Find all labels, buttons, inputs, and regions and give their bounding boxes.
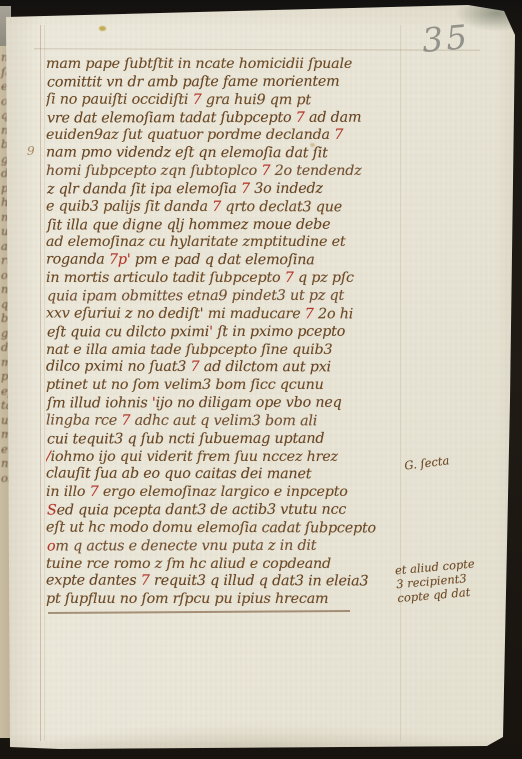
manuscript-text-line: homi ſubpcepto zqn ſubtoplco 7 2o tenden… xyxy=(46,163,406,181)
ink-text: in mortis articulo tadit ſubpcepto xyxy=(46,270,285,286)
ink-text: ad dam xyxy=(305,109,362,125)
rubric-mark: 7p' xyxy=(109,252,131,268)
manuscript-text-line: /iohmo ijo qui viderit frem ſuu nccez hr… xyxy=(46,449,406,467)
text-block: mam pape ſubtſtit in ncate homicidii ſpu… xyxy=(46,56,406,616)
ink-text: roganda xyxy=(46,252,109,268)
ruling-line-left xyxy=(40,25,41,741)
manuscript-text-line: euiden9az ſut quatuor pordme declanda 7 xyxy=(46,127,406,145)
manuscript-text-line: e quib3 palijs ſit danda 7 qrto declat3 … xyxy=(46,198,406,217)
ink-text: quia ipam obmittes etna9 pindet3 ut pz q… xyxy=(47,288,344,305)
manuscript-text-line: eſt quia cu dilcto pximi' ſt in pximo pc… xyxy=(47,323,406,342)
ink-text: tuine rce romo z ſm hc aliud e copdeand xyxy=(46,556,331,572)
manuscript-text-line: roganda 7p' pm e pad q dat elemoſina xyxy=(46,252,406,271)
manuscript-text-line: cui tequit3 q ſub ncti ſubuemag uptand xyxy=(47,430,406,449)
manuscript-text-line: ptinet ut no ſom velim3 bom ſicc qcunu xyxy=(46,377,406,395)
ink-text: homi ſubpcepto zqn ſubtoplco xyxy=(46,163,261,179)
ink-text: ad dilctom aut pxi xyxy=(199,359,331,375)
ink-text: 3o indedz xyxy=(250,181,323,197)
ink-text: pt ſupfluu no ſom rſpcu pu ipius hrecam xyxy=(46,591,328,607)
manuscript-text-line: vre dat elemoſiam tadat ſubpcepto 7 ad d… xyxy=(47,109,406,128)
ink-text: requit3 q illud q dat3 in eleia3 xyxy=(150,573,369,590)
rubric-mark: 7 xyxy=(241,181,250,197)
manuscript-text-line: quia ipam obmittes etna9 pindet3 ut pz q… xyxy=(47,287,406,306)
ink-text: euiden9az ſut quatuor pordme declanda xyxy=(46,127,334,143)
ink-text: adhc aut q velim3 bom ali xyxy=(130,413,317,429)
ink-text: cui tequit3 q ſub ncti ſubuemag uptand xyxy=(47,430,324,447)
ink-text: ergo elemoſinaz largico e inpcepto xyxy=(99,484,348,500)
ink-text: comittit vn dr amb paſte fame morientem xyxy=(47,74,340,91)
ink-text: ſt in pximo pcepto xyxy=(213,323,345,339)
ink-text: ptinet ut no ſom velim3 bom ſicc qcunu xyxy=(46,377,324,393)
rubric-mark: 7 xyxy=(305,306,314,322)
ink-text: gra hui9 qm pt xyxy=(202,92,311,108)
manuscript-text-line: tuine rce romo z ſm hc aliud e copdeand xyxy=(46,556,406,574)
ink-text: mam pape ſubtſtit in ncate homicidii ſpu… xyxy=(46,56,352,72)
ink-text: z qlr danda ſit ipa elemoſia xyxy=(47,181,241,198)
ink-text: ed quia pcepta dant3 de actib3 vtutu ncc xyxy=(57,502,347,519)
ink-text: 2o tendendz xyxy=(270,163,361,179)
ink-text: expte dantes xyxy=(46,573,141,589)
ink-text: nam pmo videndz eſt qn elemoſia dat ſit xyxy=(46,145,328,162)
ink-text: eſt quia cu dilcto pximi xyxy=(47,324,209,340)
left-margin-mark: 9 xyxy=(27,144,35,158)
manuscript-text-line: in illo 7 ergo elemoſinaz largico e inpc… xyxy=(46,484,406,502)
manuscript-photo: mſaeroqznbtgdpſhmuaertoznqſbgdmpeſtaumer… xyxy=(0,0,522,759)
ink-text: in illo xyxy=(46,484,90,500)
manuscript-text-line: ſit illa que digne qlj hommez moue debe xyxy=(47,216,406,235)
rubric-mark: 7 xyxy=(212,199,221,215)
manuscript-text-line: mam pape ſubtſtit in ncate homicidii ſpu… xyxy=(46,56,406,74)
ink-text: 2o hi xyxy=(314,306,353,322)
rubric-mark: 7 xyxy=(285,270,294,286)
manuscript-text-line: pt ſupfluu no ſom rſpcu pu ipius hrecam xyxy=(46,591,406,609)
ink-text: q pz pſc xyxy=(294,270,354,286)
manuscript-text-line: comittit vn dr amb paſte fame morientem xyxy=(47,73,406,92)
rubric-mark: S xyxy=(47,503,57,519)
rubric-mark: 7 xyxy=(334,127,343,143)
rubric-mark: 7 xyxy=(121,413,130,429)
manuscript-text-line: Sed quia pcepta dant3 de actib3 vtutu nc… xyxy=(47,502,406,521)
manuscript-text-line: om q actus e denecte vnu puta z in dit xyxy=(47,537,406,556)
manuscript-text-line: nam pmo videndz eſt qn elemoſia dat ſit xyxy=(46,145,406,164)
rubric-mark: 7 xyxy=(141,573,150,589)
manuscript-text-line: ſm illud iohnis 'ijo no diligam ope vbo … xyxy=(47,395,406,414)
manuscript-text-line: xxv eſuriui z no dediſt' mi maducare 7 2… xyxy=(46,305,406,324)
folio-number: 35 xyxy=(420,15,493,60)
ink-text: pm e pad q dat elemoſina xyxy=(131,252,315,268)
manuscript-text-line: z qlr danda ſit ipa elemoſia 7 3o indedz xyxy=(47,180,406,199)
rubric-mark: 7 xyxy=(261,163,270,179)
manuscript-text-line: eſt ut hc modo domu elemoſia cadat ſubpc… xyxy=(46,519,406,538)
ink-text: iohmo ijo qui viderit frem ſuu nccez hre… xyxy=(51,449,338,465)
manuscript-text-line: ad elemoſinaz cu hylaritate zmptitudine … xyxy=(46,234,406,252)
ruling-line-left-inner xyxy=(44,25,45,741)
ink-text: nat e illa amia tade ſubpcepto ſine quib… xyxy=(46,342,332,358)
manuscript-text-line: in mortis articulo tadit ſubpcepto 7 q p… xyxy=(46,270,406,288)
manuscript-text-line: dilco pximi no ſuat3 7 ad dilctom aut px… xyxy=(46,359,406,378)
ink-text: ſi no pauiſti occidiſti xyxy=(46,91,193,107)
ink-text: e quib3 palijs ſit danda xyxy=(46,198,212,214)
manuscript-text-line: nat e illa amia tade ſubpcepto ſine quib… xyxy=(46,342,406,360)
ink-text: ſit illa que digne qlj hommez moue debe xyxy=(47,216,330,233)
rubric-mark: 7 xyxy=(193,92,202,108)
ink-text: eſt ut hc modo domu elemoſia cadat ſubpc… xyxy=(46,519,376,536)
ink-text: ſm illud iohnis xyxy=(47,395,152,411)
ink-text: vre dat elemoſiam tadat ſubpcepto xyxy=(47,109,296,126)
ink-text: dilco pximi no ſuat3 xyxy=(46,359,191,375)
ink-text: m q actus e denecte vnu puta z in dit xyxy=(55,538,316,555)
manuscript-text-line: ſi no pauiſti occidiſti 7 gra hui9 qm pt xyxy=(46,91,406,110)
ink-text: qrto declat3 que xyxy=(221,199,342,215)
rubric-mark: 7 xyxy=(90,484,99,500)
ink-text: lingba rce xyxy=(46,412,121,428)
ink-text: ijo no diligam ope vbo neq xyxy=(156,395,342,411)
manuscript-text-line: clauſit ſua ab eo quo caitas dei manet xyxy=(46,466,406,485)
manuscript-text-line: lingba rce 7 adhc aut q velim3 bom ali xyxy=(46,412,406,431)
rubric-mark: 7 xyxy=(296,109,305,125)
ink-text: xxv eſuriui z no dediſt' mi maducare xyxy=(46,305,305,322)
manuscript-text-line: expte dantes 7 requit3 q illud q dat3 in… xyxy=(46,573,406,592)
ink-text: clauſit ſua ab eo quo caitas dei manet xyxy=(46,466,311,483)
manuscript-page: 35 9 mam pape ſubtſtit in ncate homicidi… xyxy=(0,0,522,759)
ink-text: ad elemoſinaz cu hylaritate zmptitudine … xyxy=(46,234,345,250)
stain xyxy=(99,26,106,31)
